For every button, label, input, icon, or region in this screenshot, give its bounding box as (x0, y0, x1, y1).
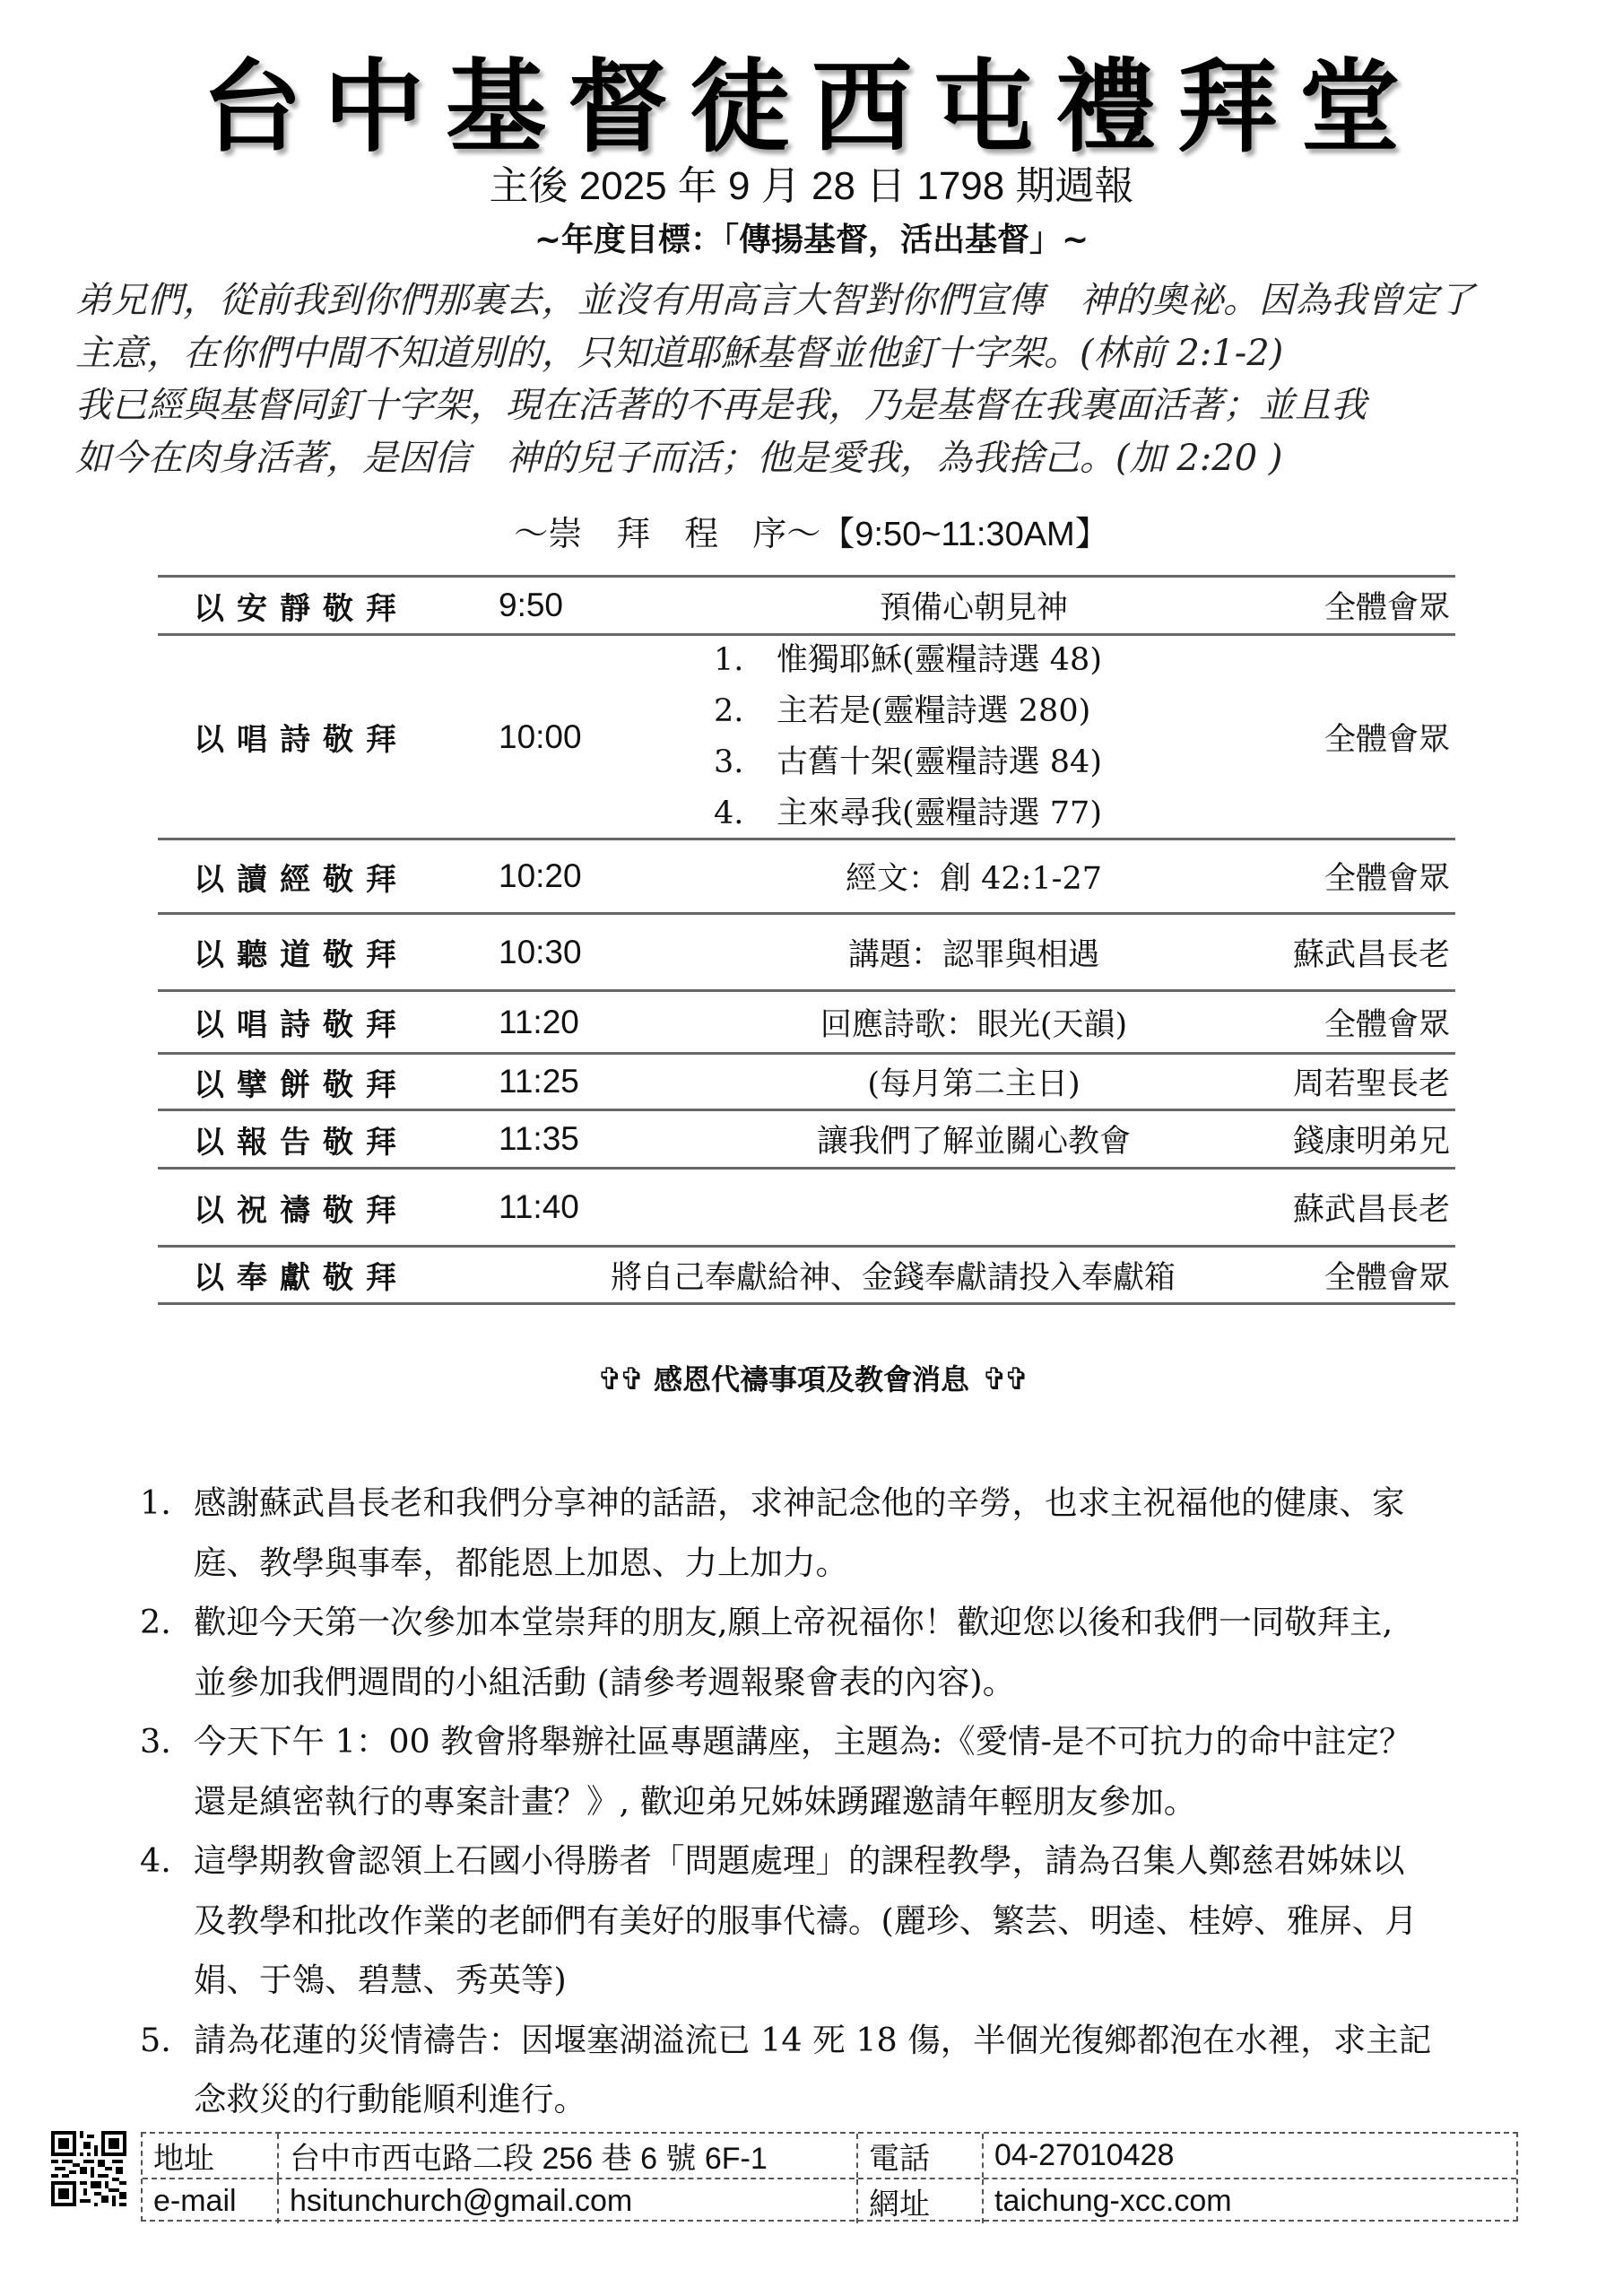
program-item-time: 11:25 (499, 1055, 633, 1109)
hymn-item: 2.主若是(靈糧詩選 280) (714, 686, 1090, 737)
program-heading-label: ～崇 拜 程 序～ (514, 514, 820, 553)
program-row: 以聽道敬拜 10:30 講題：認罪與相遇 蘇武昌長老 (158, 912, 1455, 989)
verse-line: 我已經與基督同釘十字架，現在活著的不再是我，乃是基督在我裏面活著；並且我 (75, 379, 1564, 432)
program-item-person: 周若聖長老 (1217, 1055, 1450, 1109)
program-item-person: 全體會眾 (1217, 1248, 1450, 1302)
program-item-time: 9:50 (499, 578, 633, 633)
program-item-person: 全體會眾 (1217, 840, 1450, 912)
program-row: 以奉獻敬拜 將自己奉獻給神、金錢奉獻請投入奉獻箱 全體會眾 (158, 1245, 1455, 1305)
program-time-range: 【9:50~11:30AM】 (820, 516, 1108, 553)
contact-row: e-mail hsitunchurch@gmail.com 網址 taichun… (143, 2178, 1516, 2223)
program-item-name: 以報告敬拜 (194, 1111, 463, 1167)
program-item-name: 以奉獻敬拜 (194, 1248, 463, 1302)
notice-number: 1. (140, 1474, 194, 1593)
notice-line: 庭、教學與事奉，都能恩上加恩、力上加力。 (194, 1534, 1593, 1594)
program-row: 以報告敬拜 11:35 讓我們了解並關心教會 錢康明弟兄 (158, 1109, 1455, 1167)
program-item-content: (每月第二主日) (660, 1055, 1288, 1109)
program-row: 以安靜敬拜 9:50 預備心朝見神 全體會眾 (158, 575, 1455, 633)
program-item-content: 將自己奉獻給神、金錢奉獻請投入奉獻箱 (499, 1248, 1288, 1302)
program-item-content: 讓我們了解並關心教會 (660, 1111, 1288, 1167)
program-item-person: 錢康明弟兄 (1217, 1111, 1450, 1167)
notices-list: 1. 感謝蘇武昌長老和我們分享神的話語，求神記念他的辛勞，也求主祝福他的健康、家… (140, 1474, 1593, 2130)
notice-number: 3. (140, 1712, 194, 1831)
website-label: 網址 (856, 2179, 982, 2223)
program-item-name: 以祝禱敬拜 (194, 1170, 463, 1245)
notices-heading: ✞✞感恩代禱事項及教會消息✞✞ (0, 1359, 1623, 1400)
program-item-time: 11:35 (499, 1111, 633, 1167)
contact-info-table: 地址 台中市西屯路二段 256 巷 6 號 6F-1 電話 04-2701042… (141, 2132, 1518, 2222)
annual-goal: ~年度目標：「傳揚基督，活出基督」~ (0, 219, 1623, 262)
program-item-content: 回應詩歌：眼光(天韻) (660, 992, 1288, 1052)
program-item-person: 全體會眾 (1217, 992, 1450, 1052)
verse-line: 如今在肉身活著，是因信 神的兒子而活；他是愛我，為我捨己。(加 2:20 ) (75, 432, 1564, 485)
notice-item: 1. 感謝蘇武昌長老和我們分享神的話語，求神記念他的辛勞，也求主祝福他的健康、家… (140, 1474, 1593, 1593)
program-row: 以讀經敬拜 10:20 經文：創 42:1-27 全體會眾 (158, 838, 1455, 912)
notice-item: 2. 歡迎今天第一次參加本堂崇拜的朋友,願上帝祝福你！歡迎您以後和我們一同敬拜主… (140, 1593, 1593, 1712)
notice-line: 感謝蘇武昌長老和我們分享神的話語，求神記念他的辛勞，也求主祝福他的健康、家 (194, 1474, 1593, 1534)
verse-line: 主意，在你們中間不知道別的，只知道耶穌基督並他釘十字架。(林前 2:1-2) (75, 327, 1564, 380)
phone-label: 電話 (856, 2134, 982, 2178)
qr-code-icon[interactable] (51, 2131, 126, 2206)
notice-line: 請為花蓮的災情禱告：因堰塞湖溢流已 14 死 18 傷，半個光復鄉都泡在水裡，求… (194, 2011, 1593, 2071)
worship-program-heading: ～崇 拜 程 序～【9:50~11:30AM】 (0, 511, 1623, 557)
notice-line: 念救災的行動能順利進行。 (194, 2070, 1593, 2130)
program-item-time: 10:30 (499, 915, 633, 989)
notice-item: 5. 請為花蓮的災情禱告：因堰塞湖溢流已 14 死 18 傷，半個光復鄉都泡在水… (140, 2011, 1593, 2130)
phone-value[interactable]: 04-27010428 (982, 2134, 1516, 2178)
program-item-name: 以唱詩敬拜 (194, 992, 463, 1052)
email-label: e-mail (143, 2179, 277, 2223)
program-item-name: 以讀經敬拜 (194, 840, 463, 912)
program-item-person: 蘇武昌長老 (1217, 1170, 1450, 1245)
website-link[interactable]: taichung-xcc.com (982, 2179, 1516, 2223)
notice-line: 並參加我們週間的小組活動 (請參考週報聚會表的內容)。 (194, 1653, 1593, 1713)
program-item-person: 全體會眾 (1217, 636, 1450, 838)
program-item-content: 講題：認罪與相遇 (660, 915, 1288, 989)
verse-line: 弟兄們，從前我到你們那裏去，並沒有用高言大智對你們宣傳 神的奧祕。因為我曾定了 (75, 274, 1564, 327)
hymn-list: 1.惟獨耶穌(靈糧詩選 48) 2.主若是(靈糧詩選 280) 3.古舊十架(靈… (714, 636, 1288, 838)
notices-heading-label: 感恩代禱事項及教會消息 (654, 1362, 969, 1396)
program-item-content (660, 1170, 1288, 1245)
program-row: 以唱詩敬拜 10:00 1.惟獨耶穌(靈糧詩選 48) 2.主若是(靈糧詩選 2… (158, 633, 1455, 838)
email-link[interactable]: hsitunchurch@gmail.com (277, 2179, 856, 2223)
notice-line: 及教學和批改作業的老師們有美好的服事代禱。(麗珍、繁芸、明逵、桂婷、雅屏、月 (194, 1892, 1593, 1952)
notice-number: 2. (140, 1593, 194, 1712)
program-item-name: 以擘餅敬拜 (194, 1055, 463, 1109)
program-item-name: 以聽道敬拜 (194, 915, 463, 989)
notice-line: 娟、于鴒、碧慧、秀英等) (194, 1951, 1593, 2011)
notice-number: 4. (140, 1831, 194, 2011)
cross-icon: ✞✞ (982, 1359, 1026, 1400)
program-row: 以祝禱敬拜 11:40 蘇武昌長老 (158, 1167, 1455, 1245)
scripture-verse: 弟兄們，從前我到你們那裏去，並沒有用高言大智對你們宣傳 神的奧祕。因為我曾定了 … (75, 274, 1564, 484)
notice-line: 還是縝密執行的專案計畫？》, 歡迎弟兄姊妹踴躍邀請年輕朋友參加。 (194, 1772, 1593, 1832)
program-item-time: 10:00 (499, 636, 633, 838)
notice-line: 這學期教會認領上石國小得勝者「問題處理」的課程教學，請為召集人鄭慈君姊妹以 (194, 1831, 1593, 1892)
notice-line: 歡迎今天第一次參加本堂崇拜的朋友,願上帝祝福你！歡迎您以後和我們一同敬拜主, (194, 1593, 1593, 1653)
notice-item: 4. 這學期教會認領上石國小得勝者「問題處理」的課程教學，請為召集人鄭慈君姊妹以… (140, 1831, 1593, 2011)
program-item-time: 11:20 (499, 992, 633, 1052)
hymn-item: 3.古舊十架(靈糧詩選 84) (714, 737, 1102, 788)
program-row: 以擘餅敬拜 11:25 (每月第二主日) 周若聖長老 (158, 1052, 1455, 1109)
worship-program-table: 以安靜敬拜 9:50 預備心朝見神 全體會眾 以唱詩敬拜 10:00 1.惟獨耶… (158, 575, 1455, 1305)
notice-number: 5. (140, 2011, 194, 2130)
program-item-person: 全體會眾 (1217, 578, 1450, 633)
contact-row: 地址 台中市西屯路二段 256 巷 6 號 6F-1 電話 04-2701042… (143, 2134, 1516, 2178)
notice-line: 今天下午 1：00 教會將舉辦社區專題講座，主題為:《愛情-是不可抗力的命中註定… (194, 1712, 1593, 1772)
program-item-content: 預備心朝見神 (660, 578, 1288, 633)
program-item-time: 10:20 (499, 840, 633, 912)
program-item-name: 以安靜敬拜 (194, 578, 463, 633)
cross-icon: ✞✞ (597, 1359, 641, 1400)
notice-item: 3. 今天下午 1：00 教會將舉辦社區專題講座，主題為:《愛情-是不可抗力的命… (140, 1712, 1593, 1831)
program-item-content: 經文：創 42:1-27 (660, 840, 1288, 912)
address-value: 台中市西屯路二段 256 巷 6 號 6F-1 (277, 2134, 856, 2178)
bulletin-issue: 主後 2025 年 9 月 28 日 1798 期週報 (0, 163, 1623, 210)
hymn-item: 4.主來尋我(靈糧詩選 77) (714, 788, 1102, 839)
hymn-item: 1.惟獨耶穌(靈糧詩選 48) (714, 635, 1102, 686)
program-row: 以唱詩敬拜 11:20 回應詩歌：眼光(天韻) 全體會眾 (158, 989, 1455, 1052)
address-label: 地址 (143, 2134, 277, 2178)
church-title: 台中基督徒西屯禮拜堂 (0, 49, 1623, 166)
program-item-person: 蘇武昌長老 (1217, 915, 1450, 989)
program-item-name: 以唱詩敬拜 (194, 636, 463, 838)
program-item-time: 11:40 (499, 1170, 633, 1245)
